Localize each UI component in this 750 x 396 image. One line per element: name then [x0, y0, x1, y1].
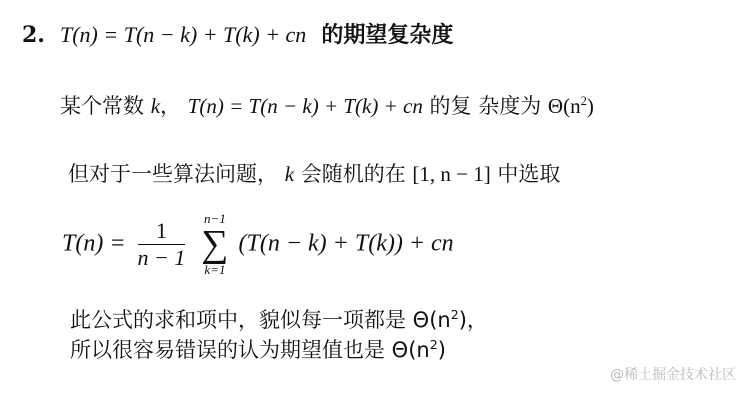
note-line-2: 所以很容易错误的认为期望值也是 Θ(n2) [70, 334, 446, 364]
formula-rhs: (T(n − k) + T(k)) + cn [238, 231, 453, 257]
watermark: @稀土掘金技术社区 [610, 364, 736, 384]
var-k: k [285, 162, 294, 186]
expected-recurrence-formula: T(n) = 1 n − 1 n−1 ∑ k=1 (T(n − k) + T(k… [62, 212, 454, 282]
text: 某个常数 [60, 94, 144, 118]
note-line-1: 此公式的求和项中，貌似每一项都是 Θ(n2)， [70, 304, 488, 334]
text: 中选取 [497, 162, 560, 186]
recurrence-formula: T(n) = T(n − k) + T(k) + cn [188, 94, 423, 118]
fraction: 1 n − 1 [138, 218, 186, 271]
heading-formula: T(n) = T(n − k) + T(k) + cn [60, 22, 306, 47]
complexity: Θ(n2) [548, 94, 594, 118]
denominator: n − 1 [138, 245, 186, 271]
separator: ， [160, 94, 181, 118]
var-k: k [151, 94, 160, 118]
sigma-icon: ∑ [201, 225, 228, 263]
text: 但对于一些算法问题， [68, 162, 278, 186]
section-number: 2. [22, 22, 45, 48]
paragraph-constant-k: 某个常数 k， T(n) = T(n − k) + T(k) + cn 的复 杂… [60, 90, 594, 120]
summation: n−1 ∑ k=1 [201, 212, 228, 276]
sum-lower-limit: k=1 [201, 263, 228, 276]
paragraph-random-k: 但对于一些算法问题， k 会随机的在 [1, n − 1] 中选取 [68, 158, 560, 188]
section-heading: 2. T(n) = T(n − k) + T(k) + cn 的期望复杂度 [22, 18, 453, 49]
heading-suffix: 的期望复杂度 [321, 23, 453, 48]
numerator: 1 [138, 218, 186, 245]
interval: [1, n − 1] [412, 162, 490, 186]
text: 的复 杂度为 [430, 94, 542, 118]
formula-lhs: T(n) = [62, 231, 126, 257]
text: 会随机的在 [301, 162, 406, 186]
